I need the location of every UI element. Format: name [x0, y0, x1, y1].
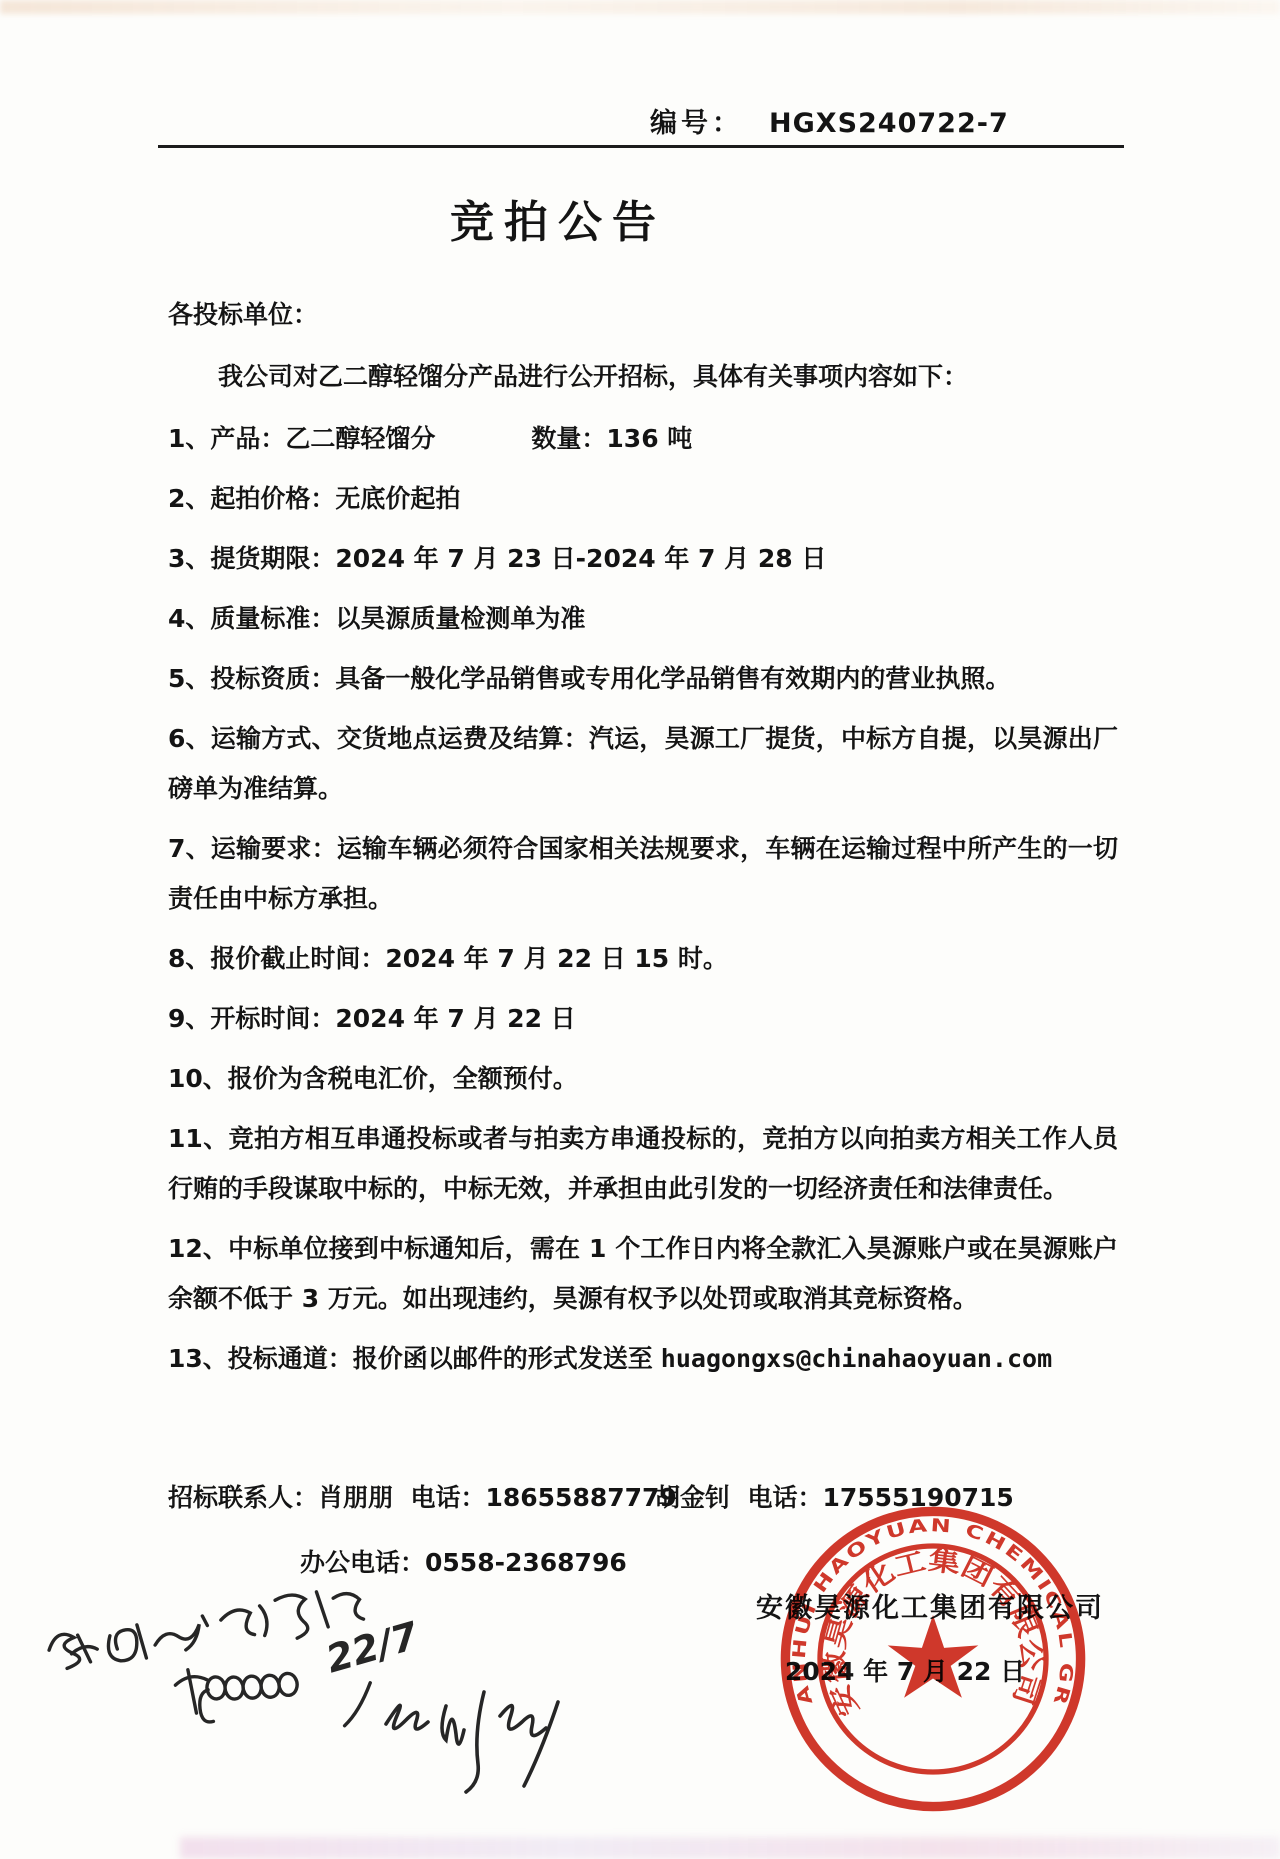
company-seal-stamp: ANHUI HAOYUAN CHEMICAL GROUP CO., LTD 安徽… — [776, 1502, 1090, 1816]
notice-item-7: 7、运输要求：运输车辆必须符合国家相关法规要求，车辆在运输过程中所产生的一切责任… — [168, 824, 1118, 924]
header-divider-line — [158, 145, 1124, 148]
notice-item-9: 9、开标时间：2024 年 7 月 22 日 — [168, 994, 1118, 1044]
doc-number-label: 编号： — [650, 108, 743, 139]
scanned-document-page: 编号：HGXS240722-7 竞拍公告 各投标单位： 我公司对乙二醇轻馏分产品… — [0, 0, 1280, 1859]
notice-item-13: 13、投标通道：报价函以邮件的形式发送至huagongxs@chinahaoyu… — [168, 1334, 1118, 1384]
notice-item-10: 10、报价为含税电汇价，全额预付。 — [168, 1054, 1118, 1104]
item-13-text: 13、投标通道：报价函以邮件的形式发送至 — [168, 1344, 653, 1373]
notice-item-8: 8、报价截止时间：2024 年 7 月 22 日 15 时。 — [168, 934, 1118, 984]
contact-person-1: 肖朋朋 — [318, 1483, 393, 1512]
office-phone-number: 0558-2368796 — [425, 1548, 627, 1577]
notice-item-11: 11、竞拍方相互串通投标或者与拍卖方串通投标的，竞拍方以向拍卖方相关工作人员行贿… — [168, 1114, 1118, 1214]
doc-number: 编号：HGXS240722-7 — [650, 101, 1120, 140]
intro-paragraph: 我公司对乙二醇轻馏分产品进行公开招标，具体有关事项内容如下： — [168, 352, 1118, 402]
notice-item-2: 2、起拍价格：无底价起拍 — [168, 474, 1118, 524]
contact-person-2: 胡金钊 — [655, 1483, 730, 1512]
phone-label-1: 电话： — [410, 1483, 485, 1512]
salutation: 各投标单位： — [168, 290, 1118, 340]
scan-smudge-top — [0, 0, 1280, 14]
notice-item-5: 5、投标资质：具备一般化学品销售或专用化学品销售有效期内的营业执照。 — [168, 654, 1118, 704]
notice-item-12: 12、中标单位接到中标通知后，需在 1 个工作日内将全款汇入昊源账户或在昊源账户… — [168, 1224, 1118, 1324]
scan-smudge-bottom — [180, 1837, 1280, 1859]
notice-item-6: 6、运输方式、交货地点运费及结算：汽运，昊源工厂提货，中标方自提，以昊源出厂磅单… — [168, 714, 1118, 814]
notice-item-1: 1、产品：乙二醇轻馏分数量：136 吨 — [168, 414, 1118, 464]
notice-item-4: 4、质量标准：以昊源质量检测单为准 — [168, 594, 1118, 644]
seal-star-icon — [888, 1615, 979, 1698]
doc-number-value: HGXS240722-7 — [769, 108, 1009, 139]
item-1-text: 1、产品：乙二醇轻馏分 — [168, 424, 435, 453]
handwritten-signature: 22/7 — [372, 1662, 592, 1812]
document-title: 竞拍公告 — [0, 186, 1116, 250]
item-1-quantity: 数量：136 吨 — [531, 424, 692, 453]
contact-label: 招标联系人： — [168, 1483, 318, 1512]
bid-email-address: huagongxs@chinahaoyuan.com — [661, 1344, 1052, 1373]
document-body: 各投标单位： 我公司对乙二醇轻馏分产品进行公开招标，具体有关事项内容如下： 1、… — [168, 290, 1118, 1394]
contact-phone-1: 18655887779 — [485, 1483, 676, 1512]
notice-item-3: 3、提货期限：2024 年 7 月 23 日-2024 年 7 月 28 日 — [168, 534, 1118, 584]
